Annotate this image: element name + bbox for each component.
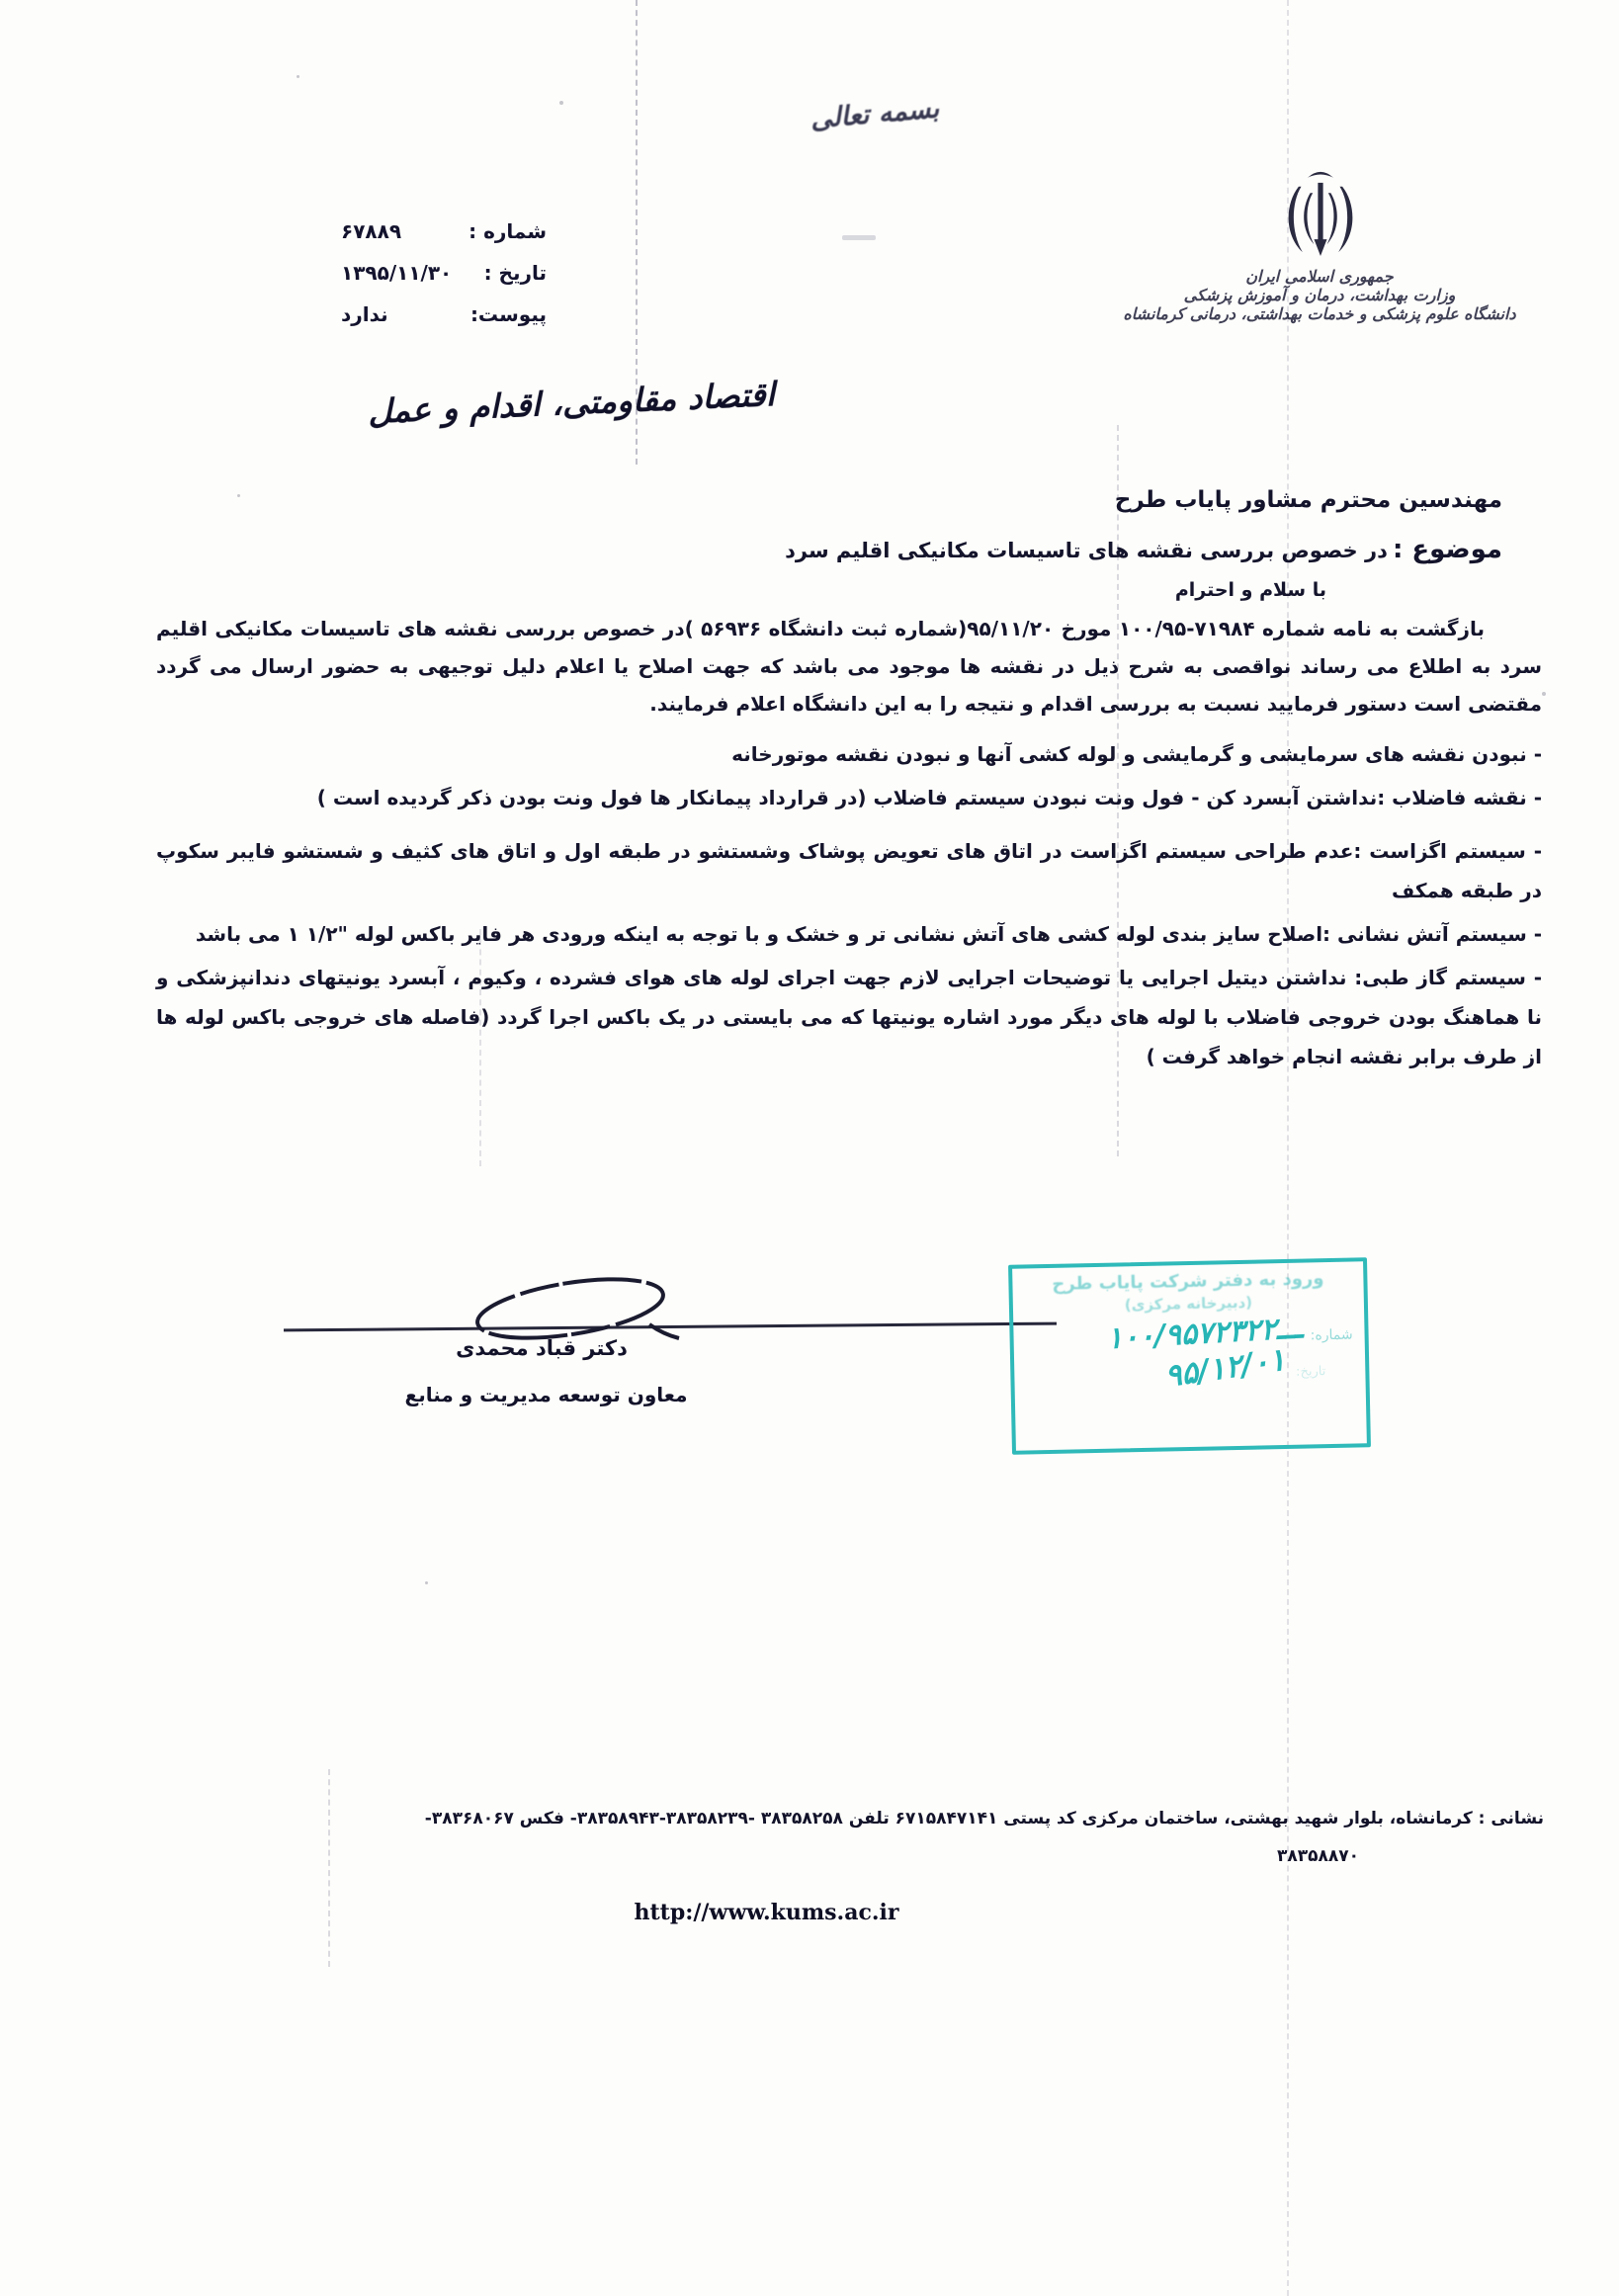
- receipt-stamp: ورود به دفتر شرکت پایاب طرح (دبیرخانه مر…: [1008, 1257, 1371, 1455]
- slogan-calligraphy: اقتصاد مقاومتی، اقدام و عمل: [363, 375, 779, 431]
- salutation-line: با سلام و احترام: [156, 576, 1326, 604]
- scanned-letter-page: { "letterhead": { "bismillah": "بسمه تعا…: [0, 0, 1619, 2296]
- subject-text: در خصوص بررسی نقشه های تاسیسات مکانیکی ا…: [785, 539, 1388, 562]
- footer-phone-line2: ۳۸۳۵۸۸۷۰: [1277, 1846, 1359, 1866]
- issue-item: - سیستم آتش نشانی :اصلاح سایز بندی لوله …: [156, 914, 1542, 954]
- recipient-line: مهندسین محترم مشاور پایاب طرح: [156, 484, 1502, 516]
- scan-fold-line: [1287, 0, 1289, 2296]
- subject-label: موضوع :: [1393, 535, 1502, 564]
- scan-speck: [1542, 692, 1546, 696]
- bismillah-calligraphy: بسمه تعالی: [790, 92, 960, 137]
- issue-item: - نبودن نقشه های سرمایشی و گرمایشی و لول…: [156, 734, 1542, 774]
- org-line: دانشگاه علوم پزشکی و خدمات بهداشتی، درما…: [1107, 304, 1532, 323]
- stamp-date-row: تاریخ: ۹۵/۱۲/۰۱: [1026, 1348, 1354, 1391]
- stamp-subtitle: (دبیرخانه مرکزی): [1025, 1292, 1352, 1317]
- meta-field-label: شماره :: [469, 219, 547, 261]
- meta-field-value: ندارد: [341, 302, 388, 344]
- stamp-date-label: تاریخ:: [1296, 1364, 1326, 1385]
- issue-item: - سیستم اگزاست :عدم طراحی سیستم اگزاست د…: [156, 831, 1542, 910]
- letterhead-org-lines: جمهوری اسلامی ایرانوزارت بهداشت، درمان و…: [1107, 267, 1532, 323]
- scan-speck: [425, 1581, 428, 1584]
- iran-emblem-icon: [1281, 166, 1360, 269]
- meta-field-row: شماره : ۶۷۸۸۹: [341, 219, 547, 261]
- issue-item: - نقشه فاضلاب :نداشتن آبسرد کن - فول ونت…: [156, 778, 1542, 817]
- body-paragraph: بازگشت به نامه شماره ⁦۱۰۰/۹۵-۷۱۹۸۴⁩ مورخ…: [156, 610, 1542, 723]
- issues-list: - نبودن نقشه های سرمایشی و گرمایشی و لول…: [156, 734, 1542, 1076]
- letter-content: مهندسین محترم مشاور پایاب طرح موضوع : در…: [156, 484, 1542, 1080]
- stamp-number-label: شماره:: [1311, 1327, 1353, 1344]
- meta-field-label: پیوست:: [470, 302, 547, 344]
- letter-meta-fields: شماره : ۶۷۸۸۹ تاریخ : ۱۳۹۵/۱۱/۳۰ پیوست: …: [341, 219, 547, 344]
- scan-smudge: [842, 235, 876, 240]
- subject-row: موضوع : در خصوص بررسی نقشه های تاسیسات م…: [156, 532, 1502, 570]
- scan-speck: [559, 101, 563, 105]
- meta-field-value: ۱۳۹۵/۱۱/۳۰: [341, 261, 452, 302]
- footer-url: http://www.kums.ac.ir: [552, 1900, 981, 1925]
- scan-fold-line: [328, 1769, 330, 1967]
- meta-field-row: تاریخ : ۱۳۹۵/۱۱/۳۰: [341, 261, 547, 302]
- issue-item: - سیستم گاز طبی: نداشتن دیتیل اجرایی یا …: [156, 958, 1542, 1076]
- org-line: جمهوری اسلامی ایران: [1107, 267, 1532, 286]
- scan-speck: [297, 75, 299, 78]
- signatory-title: معاون توسعه مدیریت و منابع: [381, 1383, 712, 1406]
- footer-address: نشانی : کرمانشاه، بلوار شهید بهشتی، ساخت…: [148, 1809, 1544, 1828]
- signatory-name: دکتر قباد محمدی: [403, 1336, 680, 1360]
- meta-field-row: پیوست: ندارد: [341, 302, 547, 344]
- stamp-title: ورود به دفتر شرکت پایاب طرح: [1024, 1268, 1351, 1296]
- meta-field-value: ۶۷۸۸۹: [341, 219, 401, 261]
- org-line: وزارت بهداشت، درمان و آموزش پزشکی: [1107, 286, 1532, 304]
- meta-field-label: تاریخ :: [484, 261, 547, 302]
